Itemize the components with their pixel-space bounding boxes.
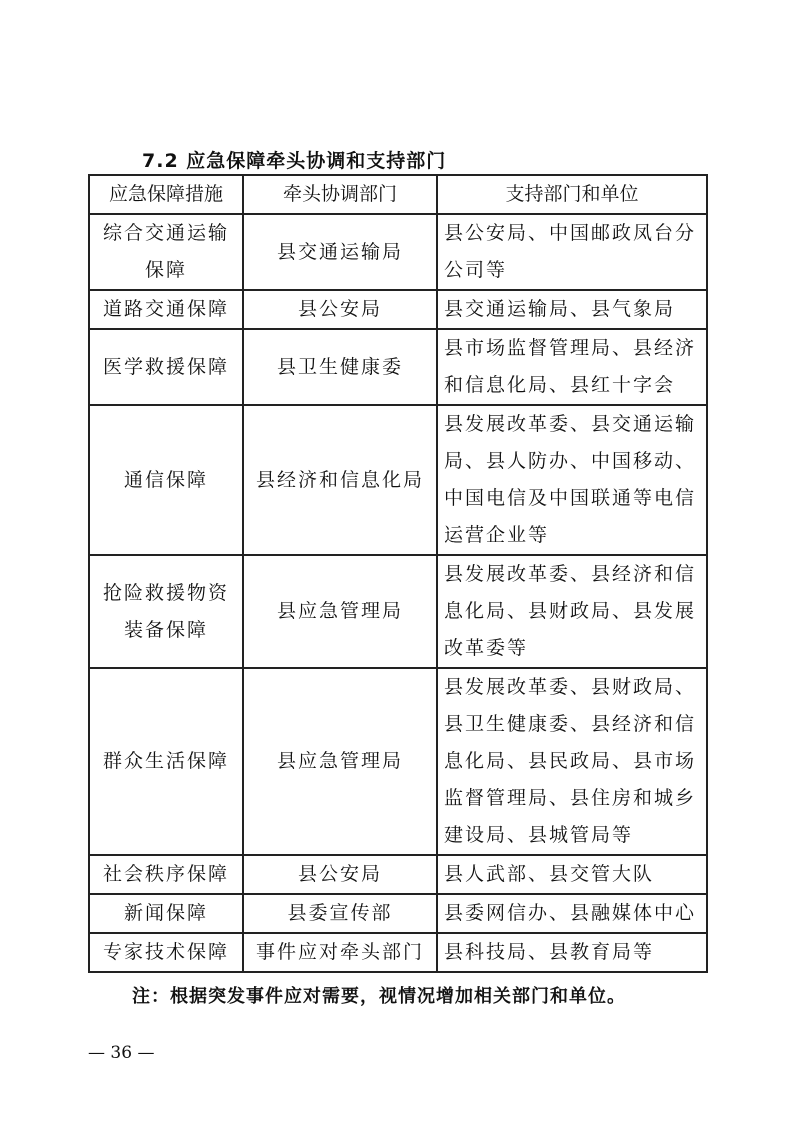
cell-measure: 道路交通保障 (89, 290, 243, 329)
table-row: 新闻保障 县委宣传部 县委网信办、县融媒体中心 (89, 894, 707, 933)
cell-lead: 事件应对牵头部门 (243, 933, 437, 972)
cell-measure: 社会秩序保障 (89, 855, 243, 894)
cell-measure: 医学救援保障 (89, 329, 243, 405)
cell-lead: 县卫生健康委 (243, 329, 437, 405)
cell-support: 县委网信办、县融媒体中心 (437, 894, 707, 933)
table-row: 抢险救援物资装备保障 县应急管理局 县发展改革委、县经济和信息化局、县财政局、县… (89, 555, 707, 668)
column-header-measure: 应急保障措施 (89, 175, 243, 214)
cell-support: 县发展改革委、县财政局、县卫生健康委、县经济和信息化局、县民政局、县市场监督管理… (437, 668, 707, 855)
table-row: 专家技术保障 事件应对牵头部门 县科技局、县教育局等 (89, 933, 707, 972)
support-departments-table: 应急保障措施 牵头协调部门 支持部门和单位 综合交通运输保障 县交通运输局 县公… (88, 174, 708, 973)
cell-lead: 县公安局 (243, 290, 437, 329)
table-row: 道路交通保障 县公安局 县交通运输局、县气象局 (89, 290, 707, 329)
table-row: 医学救援保障 县卫生健康委 县市场监督管理局、县经济和信息化局、县红十字会 (89, 329, 707, 405)
cell-support: 县交通运输局、县气象局 (437, 290, 707, 329)
cell-measure: 综合交通运输保障 (89, 214, 243, 290)
cell-measure: 新闻保障 (89, 894, 243, 933)
table-footnote: 注：根据突发事件应对需要，视情况增加相关部门和单位。 (132, 982, 626, 1008)
cell-support: 县发展改革委、县经济和信息化局、县财政局、县发展改革委等 (437, 555, 707, 668)
cell-lead: 县委宣传部 (243, 894, 437, 933)
cell-lead: 县应急管理局 (243, 668, 437, 855)
column-header-support: 支持部门和单位 (437, 175, 707, 214)
table-row: 社会秩序保障 县公安局 县人武部、县交管大队 (89, 855, 707, 894)
cell-support: 县人武部、县交管大队 (437, 855, 707, 894)
page-number: — 36 — (88, 1043, 154, 1063)
cell-support: 县科技局、县教育局等 (437, 933, 707, 972)
table-row: 综合交通运输保障 县交通运输局 县公安局、中国邮政凤台分公司等 (89, 214, 707, 290)
cell-lead: 县公安局 (243, 855, 437, 894)
cell-lead: 县经济和信息化局 (243, 405, 437, 555)
cell-measure: 通信保障 (89, 405, 243, 555)
section-title: 7.2 应急保障牵头协调和支持部门 (142, 146, 446, 173)
cell-support: 县发展改革委、县交通运输局、县人防办、中国移动、中国电信及中国联通等电信运营企业… (437, 405, 707, 555)
cell-lead: 县交通运输局 (243, 214, 437, 290)
cell-measure: 专家技术保障 (89, 933, 243, 972)
column-header-lead: 牵头协调部门 (243, 175, 437, 214)
cell-measure: 群众生活保障 (89, 668, 243, 855)
table-header-row: 应急保障措施 牵头协调部门 支持部门和单位 (89, 175, 707, 214)
table-row: 群众生活保障 县应急管理局 县发展改革委、县财政局、县卫生健康委、县经济和信息化… (89, 668, 707, 855)
cell-measure: 抢险救援物资装备保障 (89, 555, 243, 668)
cell-lead: 县应急管理局 (243, 555, 437, 668)
cell-support: 县公安局、中国邮政凤台分公司等 (437, 214, 707, 290)
table-row: 通信保障 县经济和信息化局 县发展改革委、县交通运输局、县人防办、中国移动、中国… (89, 405, 707, 555)
cell-support: 县市场监督管理局、县经济和信息化局、县红十字会 (437, 329, 707, 405)
